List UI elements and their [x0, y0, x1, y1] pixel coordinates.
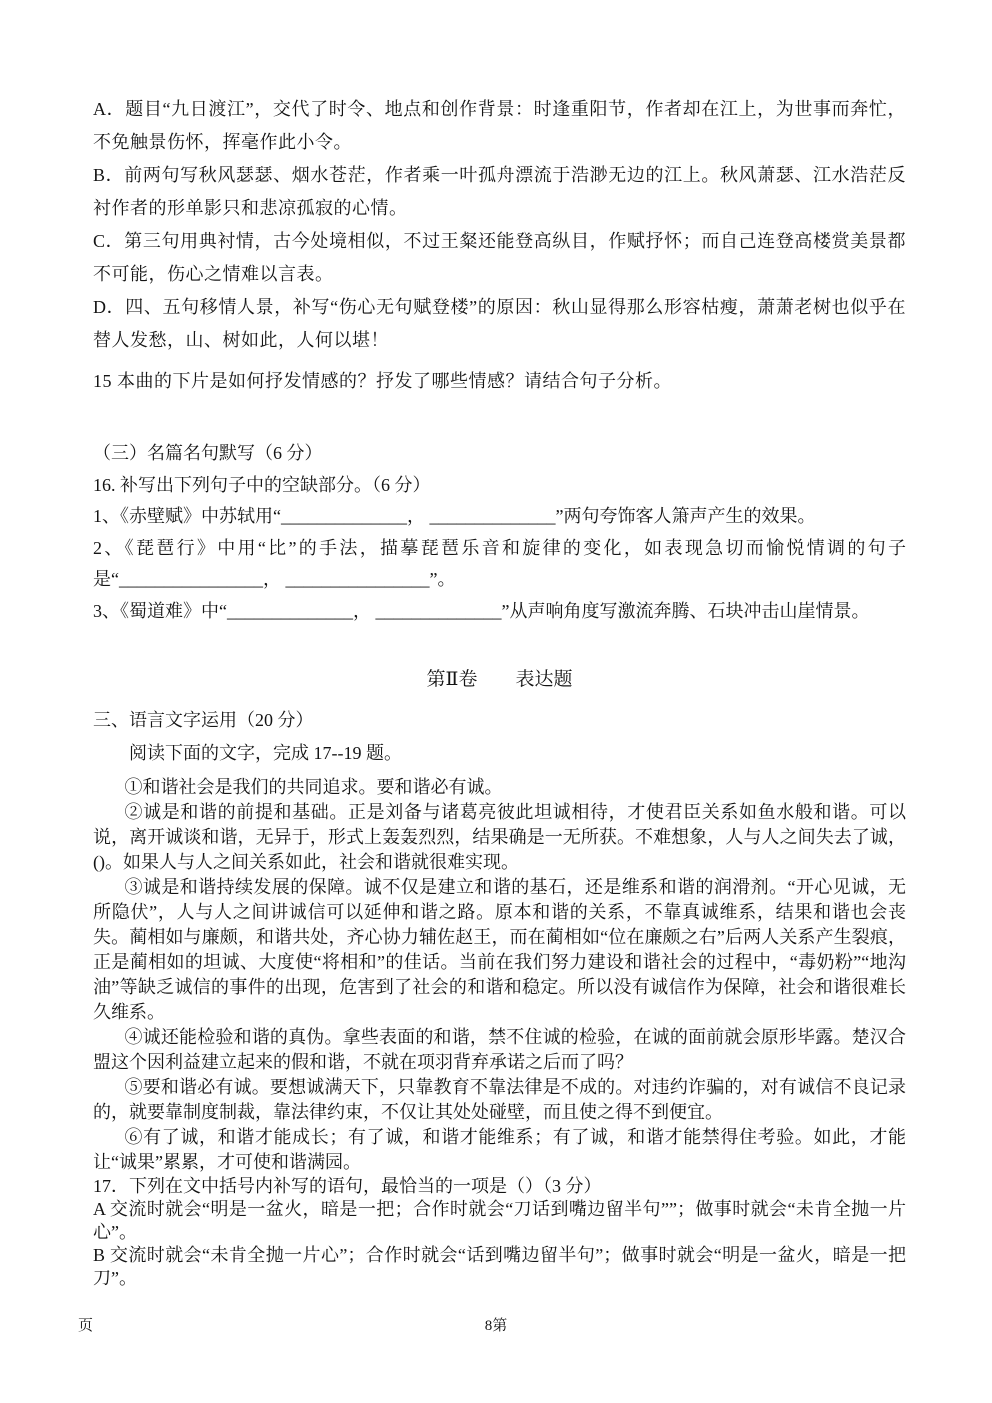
option-a: A．题目“九日渡江”，交代了时令、地点和创作背景：时逢重阳节，作者却在江上，为世…	[93, 93, 906, 159]
section-expression: 第Ⅱ卷 表达题 三、语言文字运用（20 分） 阅读下面的文字，完成 17--19…	[93, 667, 906, 1290]
dictation-item-3: 3、《蜀道难》中“______________， ______________”…	[93, 596, 906, 628]
q17-option-b: B 交流时就会“未肯全抛一片心”；合作时就会“话到嘴边留半句”；做事时就会“明是…	[93, 1244, 906, 1290]
option-b: B．前两句写秋风瑟瑟、烟水苍茫，作者乘一叶孤舟漂流于浩渺无边的江上。秋风萧瑟、江…	[93, 159, 906, 225]
dictation-item-1: 1、《赤壁赋》中苏轼用“______________， ____________…	[93, 501, 906, 533]
exam-page: A．题目“九日渡江”，交代了时令、地点和创作背景：时逢重阳节，作者却在江上，为世…	[0, 0, 992, 1403]
volume-title: 第Ⅱ卷 表达题	[93, 667, 906, 693]
q17-option-a: A 交流时就会“明是一盆火，暗是一把；合作时就会“刀话到嘴边留半句””；做事时就…	[93, 1198, 906, 1244]
essay-paragraph-3: ③诚是和谐持续发展的保障。诚不仅是建立和谐的基石，还是维系和谐的润滑剂。“开心见…	[93, 875, 906, 1025]
option-c: C．第三句用典衬情，古今处境相似，不过王粲还能登高纵目，作赋抒怀；而自己连登高楼…	[93, 225, 906, 291]
dictation-heading: （三）名篇名句默写（6 分）	[93, 438, 906, 470]
essay-paragraph-5: ⑤要和谐必有诚。要想诚满天下，只靠教育不靠法律是不成的。对违约诈骗的，对有诚信不…	[93, 1075, 906, 1125]
section-poetry-analysis: A．题目“九日渡江”，交代了时令、地点和创作背景：时逢重阳节，作者却在江上，为世…	[93, 93, 906, 398]
language-use-heading: 三、语言文字运用（20 分）	[93, 704, 906, 737]
section-dictation: （三）名篇名句默写（6 分） 16. 补写出下列句子中的空缺部分。（6 分） 1…	[93, 438, 906, 627]
essay-paragraph-1: ①和谐社会是我们的共同追求。要和谐必有诚。	[93, 775, 906, 800]
question-17-block: 17．下列在文中括号内补写的语句，最恰当的一项是（）（3 分） A 交流时就会“…	[93, 1175, 906, 1290]
reading-intro: 阅读下面的文字，完成 17--19 题。	[93, 737, 906, 770]
question-17: 17．下列在文中括号内补写的语句，最恰当的一项是（）（3 分）	[93, 1175, 906, 1198]
essay-paragraph-6: ⑥有了诚，和谐才能成长；有了诚，和谐才能维系；有了诚，和谐才能禁得住考验。如此，…	[93, 1125, 906, 1175]
question-15: 15 本曲的下片是如何抒发情感的？抒发了哪些情感？请结合句子分析。	[93, 365, 906, 398]
page-number-center: 8第	[0, 1314, 992, 1335]
option-d: D．四、五句移情人景，补写“伤心无句赋登楼”的原因：秋山显得那么形容枯瘦，萧萧老…	[93, 291, 906, 357]
essay-passage: ①和谐社会是我们的共同追求。要和谐必有诚。 ②诚是和谐的前提和基础。正是刘备与诸…	[93, 775, 906, 1175]
essay-paragraph-4: ④诚还能检验和谐的真伪。拿些表面的和谐，禁不住诚的检验，在诚的面前就会原形毕露。…	[93, 1025, 906, 1075]
question-16: 16. 补写出下列句子中的空缺部分。（6 分）	[93, 470, 906, 502]
essay-paragraph-2: ②诚是和谐的前提和基础。正是刘备与诸葛亮彼此坦诚相待，才使君臣关系如鱼水般和谐。…	[93, 800, 906, 875]
dictation-item-2: 2、《琵琶行》中用“比”的手法，描摹琵琶乐音和旋律的变化，如表现急切而愉悦情调的…	[93, 533, 906, 596]
